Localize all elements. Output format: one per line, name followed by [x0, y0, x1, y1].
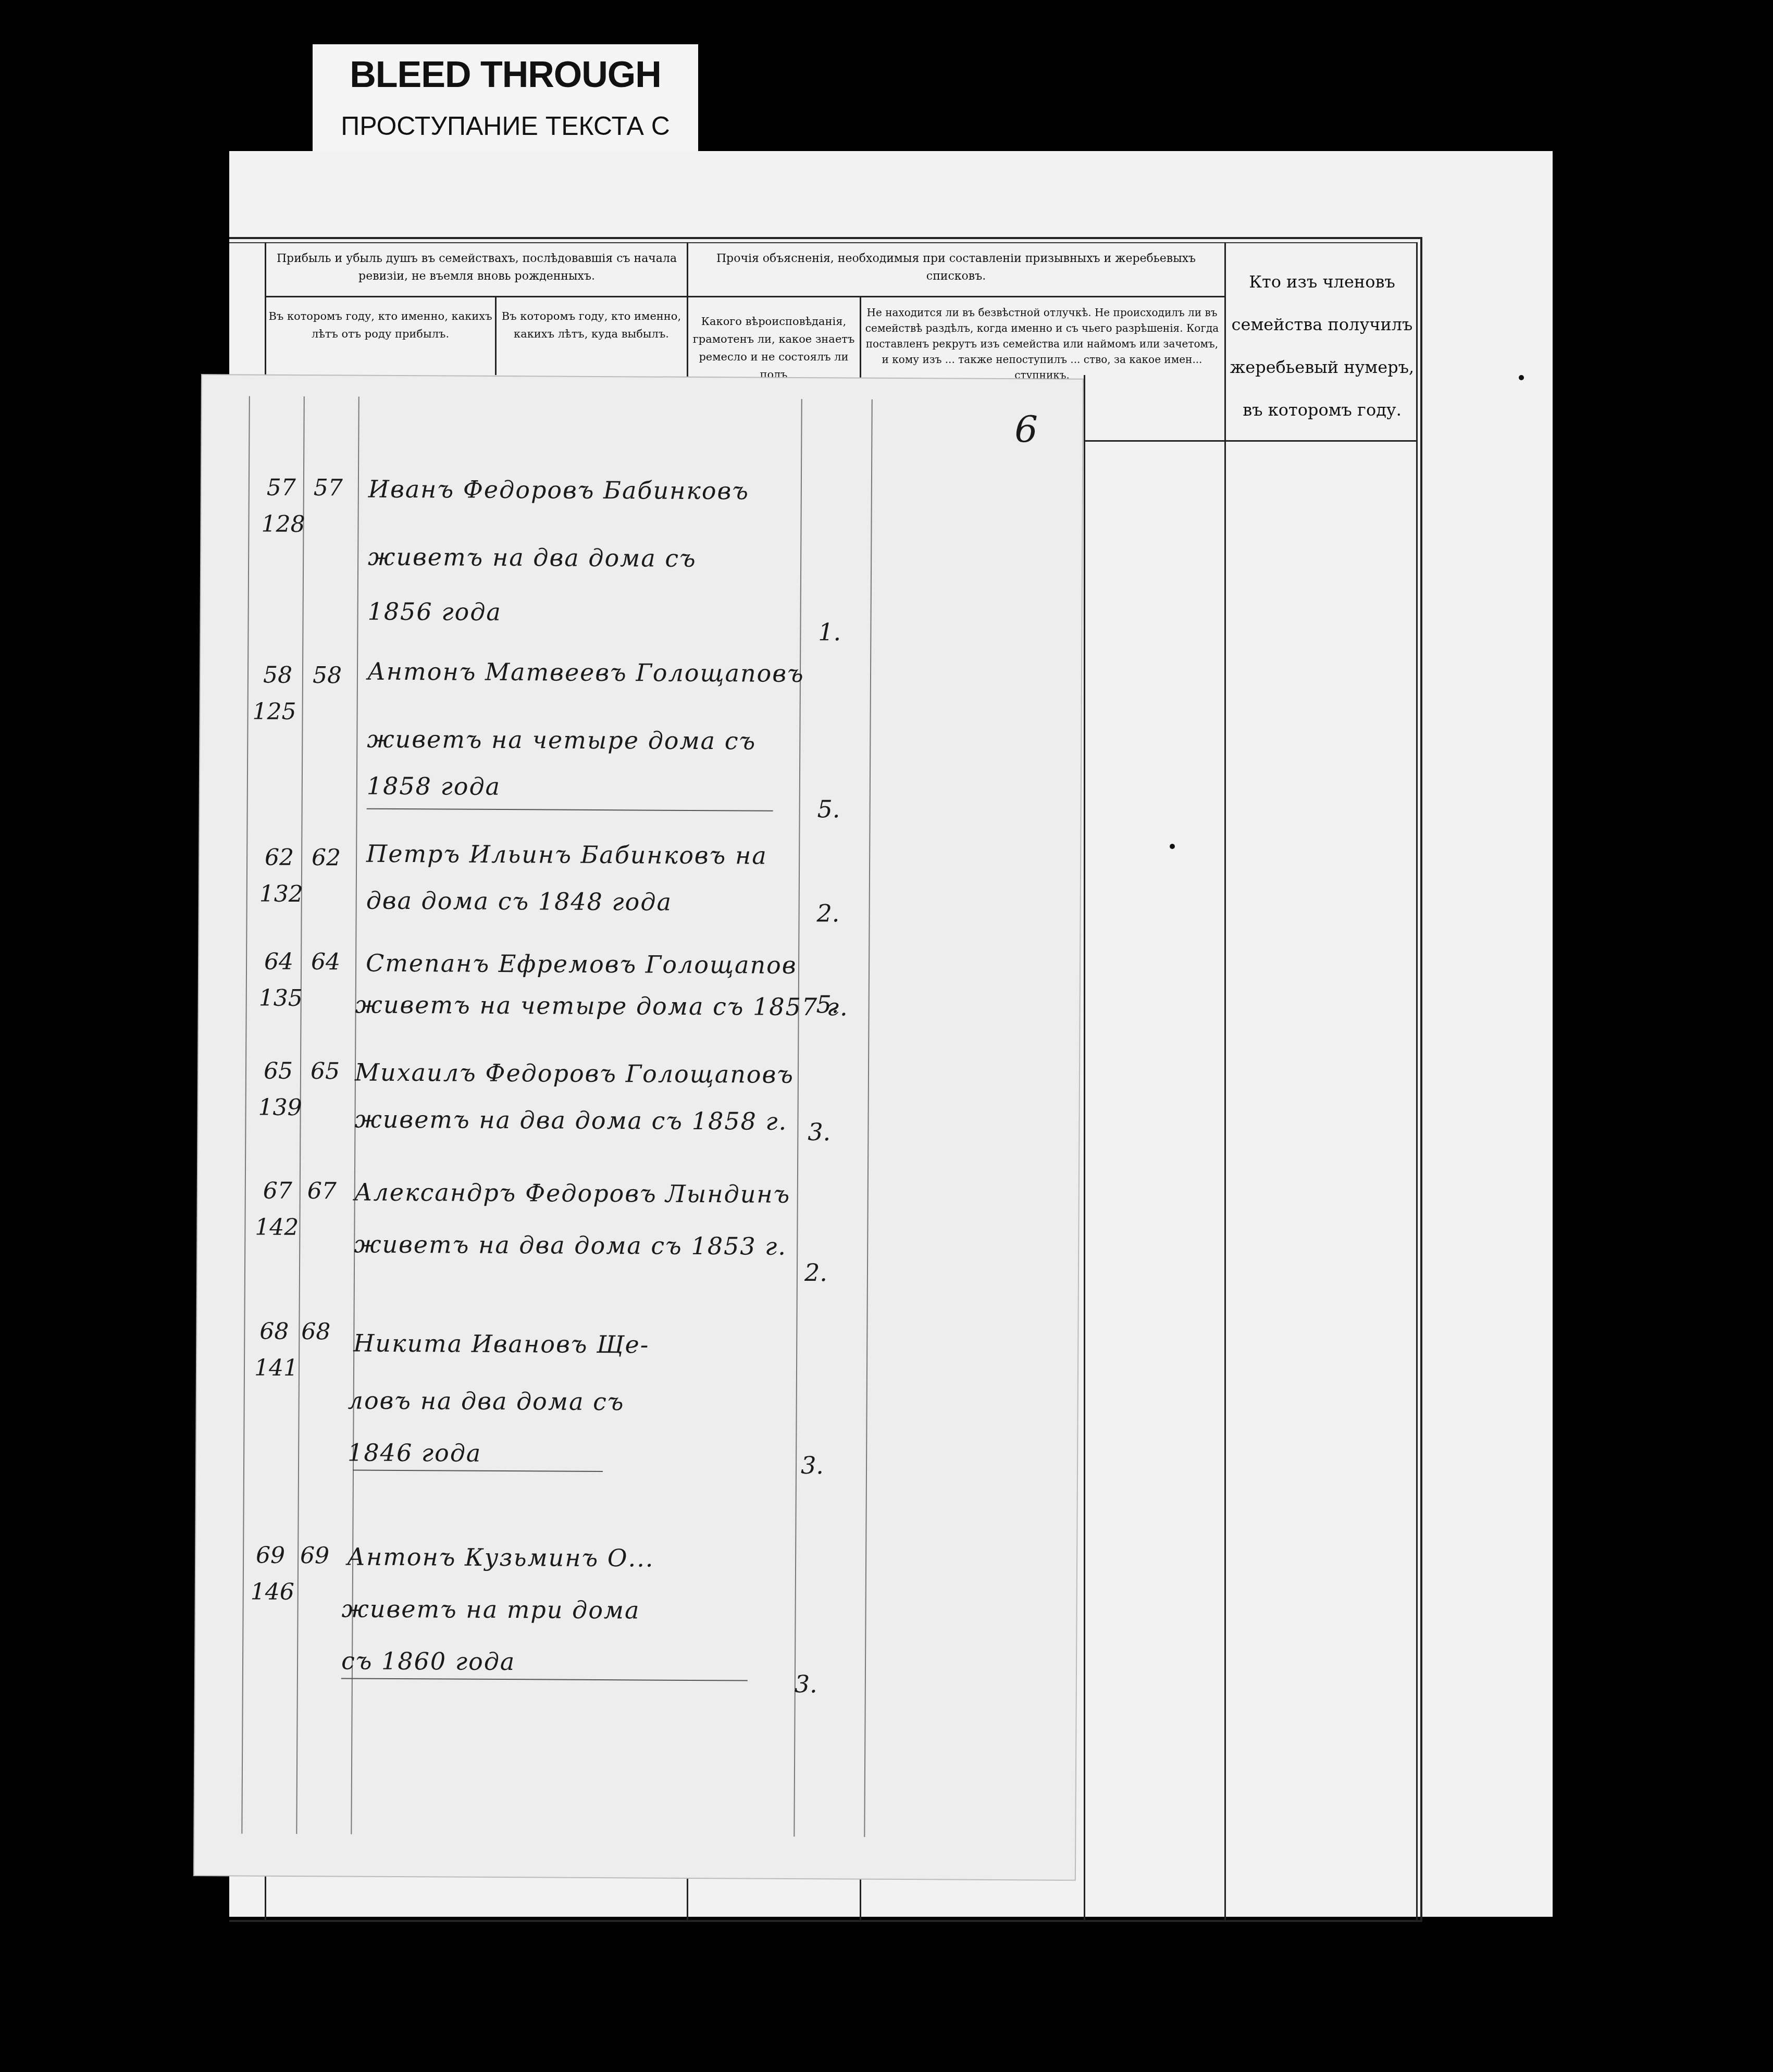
- entry-text-line: два дома съ 1848 года: [366, 887, 673, 916]
- entry-number-b: 128: [261, 511, 305, 538]
- entry-text-line: Петръ Ильинъ Бабинковъ на: [366, 840, 767, 870]
- column-divider: [1224, 242, 1226, 1922]
- bleed-through-stamp: BLEED THROUGH ПРОСТУПАНИЕ ТЕКСТА С: [313, 44, 698, 154]
- header-arrived: Въ которомъ году, кто именно, какихъ лѣт…: [268, 307, 492, 343]
- entry-number-a: 69: [256, 1542, 285, 1569]
- ink-dot: [1519, 375, 1524, 380]
- entry-count: 2.: [816, 899, 839, 927]
- ink-dot: [1170, 844, 1175, 849]
- entry-separator: [367, 808, 773, 812]
- sheet-column-line: [864, 400, 872, 1837]
- entry-number-c: 65: [311, 1058, 340, 1084]
- entry-number-c: 64: [311, 948, 340, 975]
- entry-number-b: 132: [259, 881, 303, 907]
- entry-count: 5.: [817, 795, 840, 823]
- entry-text-line: живетъ на три дома: [341, 1594, 640, 1624]
- entry-text-line: живетъ на два дома съ 1853 г.: [354, 1230, 787, 1260]
- entry-text-line: ловъ на два дома съ: [348, 1386, 625, 1416]
- header-divider: [265, 296, 1224, 297]
- stamp-title: BLEED THROUGH: [313, 54, 698, 95]
- entry-text-line: Никита Ивановъ Ще-: [353, 1329, 649, 1359]
- entry-text-line: съ 1860 года: [341, 1646, 516, 1676]
- entry-text-line: 1846 года: [348, 1438, 481, 1467]
- entry-count: 3.: [795, 1670, 817, 1698]
- entry-text-line: Александръ Федоровъ Лындинъ: [354, 1178, 791, 1208]
- entry-number-b: 141: [254, 1355, 298, 1381]
- header-lot-number: Кто изъ членовъ семейства получилъ жереб…: [1230, 260, 1415, 431]
- entry-count: 3.: [801, 1451, 824, 1479]
- header-departed: Въ которомъ году, кто именно, какихъ лѣт…: [498, 307, 685, 343]
- entry-text-line: Антонъ Кузьминъ О...: [347, 1542, 654, 1572]
- entry-text-line: Степанъ Ефремовъ Голощапов: [366, 949, 797, 979]
- entry-number-b: 142: [255, 1214, 299, 1241]
- entry-number-b: 139: [258, 1094, 302, 1121]
- entry-number-a: 64: [264, 948, 293, 975]
- entry-text-line: живетъ на два дома съ 1858 г.: [354, 1105, 787, 1135]
- entry-text-line: живетъ на четыре дома съ 1857 г.: [355, 991, 849, 1021]
- entry-text-line: живетъ на четыре дома съ: [367, 725, 756, 755]
- entry-number-b: 146: [251, 1579, 294, 1605]
- entry-number-c: 67: [307, 1178, 337, 1204]
- entry-number-c: 69: [300, 1542, 329, 1569]
- entry-text-line: Михаилъ Федоровъ Голощаповъ: [355, 1058, 794, 1089]
- entry-number-c: 62: [312, 844, 341, 871]
- entry-number-a: 62: [265, 844, 294, 871]
- header-religion: Какого вѣроисповѣданія, грамотенъ ли, ка…: [690, 313, 857, 378]
- entry-count: 3.: [808, 1118, 830, 1146]
- column-divider: [495, 297, 497, 375]
- entry-number-c: 58: [313, 662, 342, 689]
- entry-text-line: Антонъ Матвеевъ Голощаповъ: [367, 657, 804, 688]
- entry-number-a: 65: [264, 1058, 293, 1084]
- entry-number-c: 68: [301, 1318, 330, 1345]
- entry-separator: [353, 1470, 603, 1472]
- page-number: 6: [1014, 408, 1038, 451]
- entry-number-b: 135: [259, 985, 303, 1012]
- stamp-subtitle: ПРОСТУПАНИЕ ТЕКСТА С: [313, 111, 698, 141]
- entry-number-a: 57: [267, 475, 296, 501]
- sheet-column-line: [241, 396, 250, 1833]
- entry-number-c: 57: [314, 475, 343, 501]
- column-divider: [1416, 242, 1418, 1922]
- entry-count: 2.: [804, 1258, 827, 1287]
- header-divider: [1084, 440, 1417, 442]
- entry-number-a: 68: [259, 1318, 289, 1345]
- entry-number-a: 58: [263, 662, 292, 689]
- header-other-explanations: Прочія объясненія, необходимыя при соста…: [693, 250, 1219, 285]
- entry-separator: [341, 1678, 748, 1681]
- sheet-column-line: [793, 399, 802, 1837]
- header-gain-loss: Прибыль и убыль душъ въ семействахъ, пос…: [271, 250, 683, 285]
- entry-text-line: 1856 года: [367, 597, 501, 626]
- entry-count: 1.: [818, 618, 841, 646]
- column-divider: [1084, 375, 1085, 1922]
- entry-text-line: Иванъ Федоровъ Бабинковъ: [368, 475, 749, 505]
- entry-number-a: 67: [263, 1178, 292, 1204]
- entry-number-b: 125: [252, 698, 296, 725]
- entry-count: 5.: [816, 990, 839, 1018]
- entry-text-line: 1858 года: [367, 772, 501, 801]
- entry-text-line: живетъ на два дома съ: [368, 543, 697, 572]
- handwritten-sheet: 6 57 128 57 Иванъ Федоровъ Бабинковъ жив…: [194, 375, 1083, 1880]
